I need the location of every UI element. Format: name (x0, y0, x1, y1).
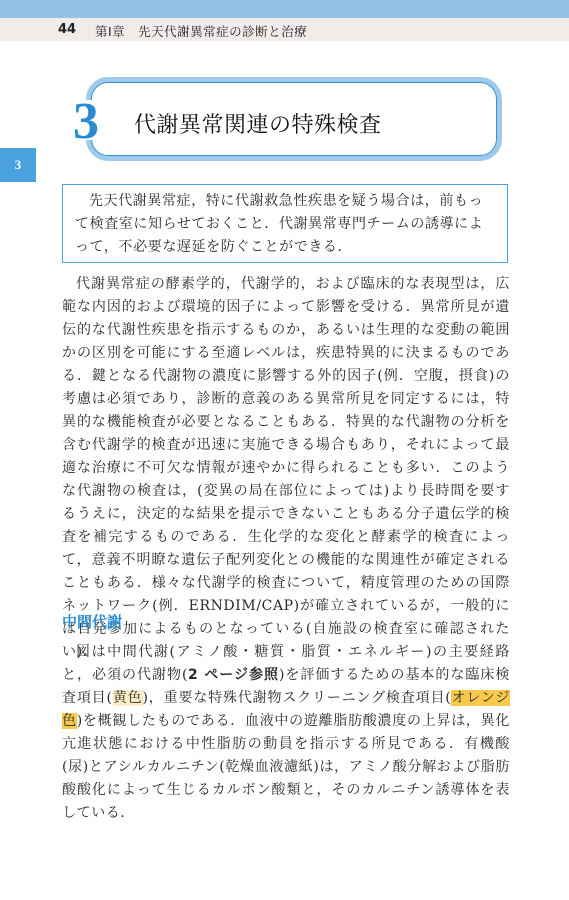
paragraph-text: 代謝異常症の酵素学的，代謝学的，および臨床的な表現型は，広範な内因的および環境的… (62, 273, 510, 664)
text-part: )を概観したものである．血液中の遊離脂肪酸濃度の上昇は，異化亢進状態における中性… (62, 713, 510, 821)
summary-text: 先天代謝異常症，特に代謝救急性疾患を疑う場合は，前もって検査室に知らせておくこと… (75, 190, 497, 259)
chapter-side-tab: 3 (0, 148, 36, 182)
chapter-number: 3 (73, 92, 99, 152)
side-tab-label: 3 (15, 157, 22, 173)
page-reference: 2 ページ参照 (188, 667, 279, 683)
top-color-band (0, 0, 569, 20)
text-part: )，重要な特殊代謝物スクリーニング検査項目( (143, 690, 452, 706)
section-heading: 中間代謝 (62, 611, 122, 632)
yellow-highlight-label: 黄色 (113, 690, 143, 706)
body-paragraph-2: 図は中間代謝(アミノ酸・糖質・脂質・エネルギー)の主要経路と，必須の代謝物(2 … (62, 641, 510, 825)
page-number: 44 (58, 22, 76, 37)
running-title: 第Ⅰ章 先天代謝異常症の診断と治療 (95, 22, 307, 40)
chapter-title: 代謝異常関連の特殊検査 (134, 108, 382, 139)
paragraph-text: 図は中間代謝(アミノ酸・糖質・脂質・エネルギー)の主要経路と，必須の代謝物(2 … (62, 641, 510, 825)
running-head: 44 第Ⅰ章 先天代謝異常症の診断と治療 (0, 18, 569, 41)
summary-box: 先天代謝異常症，特に代謝救急性疾患を疑う場合は，前もって検査室に知らせておくこと… (62, 184, 508, 263)
body-paragraph-1: 代謝異常症の酵素学的，代謝学的，および臨床的な表現型は，広範な内因的および環境的… (62, 273, 510, 664)
